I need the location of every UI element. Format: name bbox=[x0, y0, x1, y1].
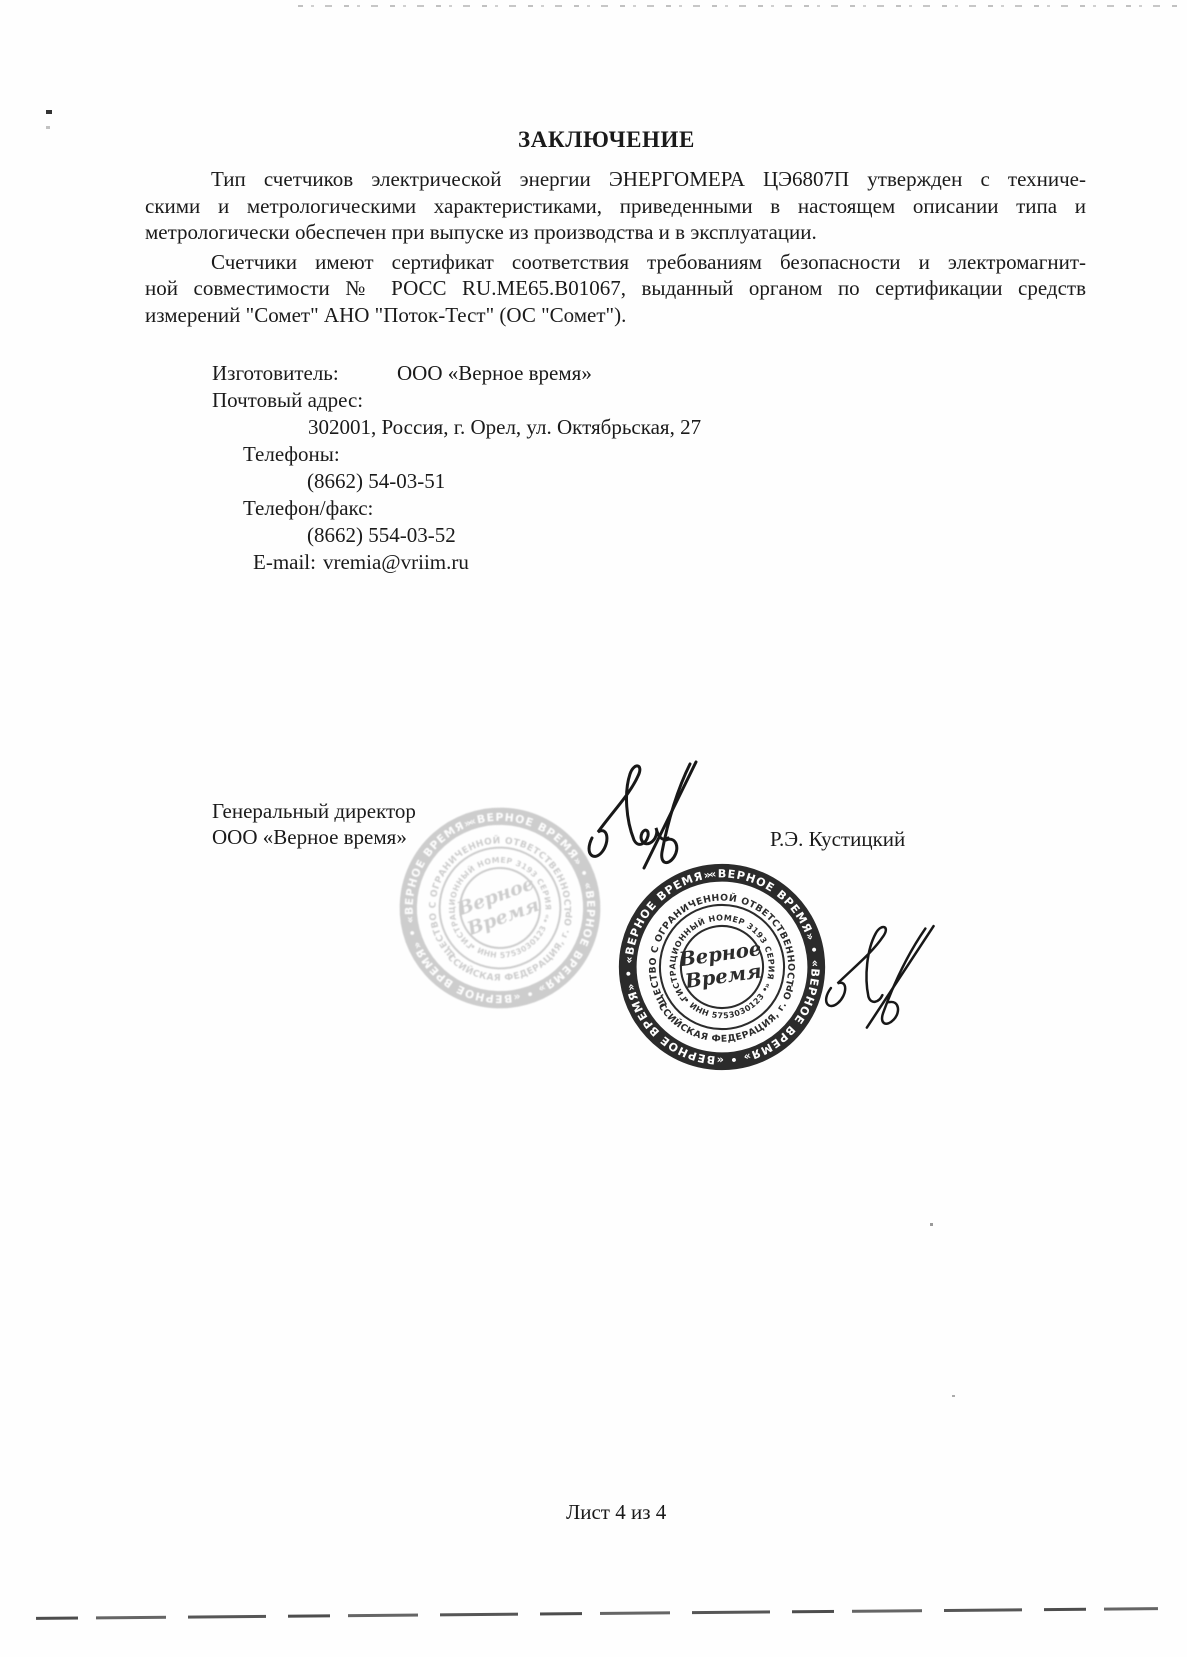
scan-artifact-top-line bbox=[298, 5, 1182, 7]
paragraph: Счетчики имеют сертификат соответствия т… bbox=[145, 249, 1086, 329]
email-value: vremia@vriim.ru bbox=[323, 550, 469, 574]
paragraph-line: скими и метрологическими характеристикам… bbox=[145, 193, 1086, 220]
email-label: E-mail: bbox=[253, 550, 316, 574]
paragraph-line: Счетчики имеют сертификат соответствия т… bbox=[145, 249, 1086, 276]
signature-director bbox=[578, 760, 718, 880]
paragraph: Тип счетчиков электрической энергии ЭНЕР… bbox=[145, 166, 1086, 246]
postal-address-label: Почтовый адрес: bbox=[212, 388, 363, 413]
postal-address-value: 302001, Россия, г. Орел, ул. Октябрьская… bbox=[308, 415, 701, 440]
scan-speck bbox=[952, 1395, 955, 1397]
page-indicator: Лист 4 из 4 bbox=[566, 1500, 666, 1525]
document-page: ЗАКЛЮЧЕНИЕ Тип счетчиков электрической э… bbox=[0, 0, 1187, 1657]
email-row: E-mail:vremia@vriim.ru bbox=[253, 550, 469, 575]
scan-artifact-bottom-line bbox=[36, 1607, 1158, 1620]
signature-secondary bbox=[811, 900, 958, 1055]
document-title: ЗАКЛЮЧЕНИЕ bbox=[0, 127, 1187, 153]
fax-value: (8662) 554-03-52 bbox=[307, 523, 456, 548]
paragraph-line: метрологически обеспечен при выпуске из … bbox=[145, 219, 1086, 246]
body-paragraphs: Тип счетчиков электрической энергии ЭНЕР… bbox=[145, 166, 1086, 329]
paragraph-line: Тип счетчиков электрической энергии ЭНЕР… bbox=[145, 166, 1086, 193]
paragraph-line: измерений "Сомет" АНО "Поток-Тест" (ОС "… bbox=[145, 302, 1086, 329]
scan-speck bbox=[46, 110, 52, 114]
manufacturer-label: Изготовитель: bbox=[212, 361, 397, 386]
phones-value: (8662) 54-03-51 bbox=[307, 469, 445, 494]
paragraph-line: ной совместимости № РОСС RU.ME65.B01067,… bbox=[145, 275, 1086, 302]
phones-label: Телефоны: bbox=[243, 442, 340, 467]
fax-label: Телефон/факс: bbox=[243, 496, 373, 521]
manufacturer-value: ООО «Верное время» bbox=[397, 361, 592, 385]
manufacturer-row: Изготовитель:ООО «Верное время» bbox=[212, 361, 592, 386]
signer-position-line1: Генеральный директор bbox=[212, 799, 416, 824]
scan-speck bbox=[930, 1223, 933, 1226]
